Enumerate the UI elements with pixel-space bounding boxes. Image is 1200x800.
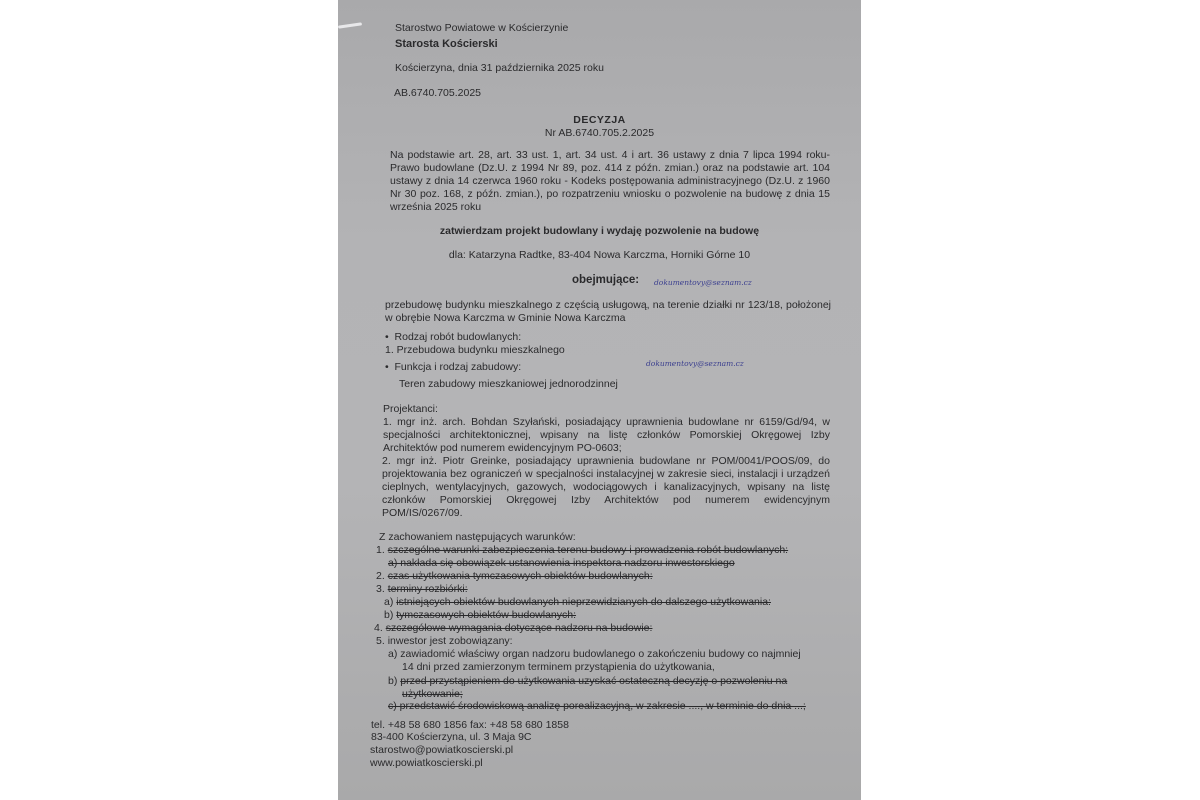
conditions-label: Z zachowaniem następujących warunków: bbox=[379, 531, 576, 544]
case-number: AB.6740.705.2025 bbox=[394, 87, 481, 100]
designers-label: Projektanci: bbox=[383, 403, 438, 416]
condition-number: 3. bbox=[376, 583, 388, 595]
office-name: Starostwo Powiatowe w Kościerzynie bbox=[395, 22, 568, 35]
legal-basis: Na podstawie art. 28, art. 33 ust. 1, ar… bbox=[390, 149, 830, 214]
works-type-text: Rodzaj robót budowlanych: bbox=[395, 331, 522, 343]
designer-1: 1. mgr inż. arch. Bohdan Szyłański, posi… bbox=[383, 416, 830, 455]
condition-number: 4. bbox=[374, 622, 386, 634]
condition-text: szczególne warunki zabezpieczenia terenu… bbox=[388, 544, 788, 556]
condition-item: a) istniejących obiektów budowlanych nie… bbox=[384, 596, 771, 609]
decision-title: DECYZJA bbox=[338, 114, 861, 127]
condition-text: tymczasowych obiektów budowlanych: bbox=[396, 609, 576, 621]
condition-item: a) nakłada się obowiązek ustanowienia in… bbox=[388, 557, 735, 570]
condition-item: 1. szczególne warunki zabezpieczenia ter… bbox=[376, 544, 788, 557]
condition-item: c) przedstawić środowiskową analizę pore… bbox=[388, 700, 806, 713]
condition-text: zawiadomić właściwy organ nadzoru budowl… bbox=[400, 648, 800, 660]
condition-item: 2. czas użytkowania tymczasowych obiektó… bbox=[376, 570, 653, 583]
condition-number: b) bbox=[384, 609, 396, 621]
condition-number: 1. bbox=[376, 544, 388, 556]
condition-item: b) przed przystąpieniem do użytkowania u… bbox=[388, 675, 787, 688]
ruling: zatwierdzam projekt budowlany i wydaję p… bbox=[338, 225, 861, 238]
condition-number: 5. bbox=[376, 635, 388, 647]
watermark-email: dokumentovy@seznam.cz bbox=[654, 278, 752, 287]
condition-item: 5. inwestor jest zobowiązany: bbox=[376, 635, 513, 648]
function-label: • Funkcja i rodzaj zabudowy: bbox=[385, 361, 521, 374]
footer-email: starostwo@powiatkoscierski.pl bbox=[370, 744, 513, 757]
staple bbox=[338, 22, 362, 28]
place-date: Kościerzyna, dnia 31 października 2025 r… bbox=[395, 62, 604, 75]
condition-number: a) bbox=[384, 596, 396, 608]
condition-text: istniejących obiektów budowlanych nieprz… bbox=[396, 596, 771, 608]
condition-number: 2. bbox=[376, 570, 388, 582]
condition-text: czas użytkowania tymczasowych obiektów b… bbox=[388, 570, 653, 582]
condition-item: 3. terminy rozbiórki: bbox=[376, 583, 468, 596]
condition-text-continued: 14 dni przed zamierzonym terminem przyst… bbox=[402, 661, 715, 674]
footer-address: 83-400 Kościerzyna, ul. 3 Maja 9C bbox=[371, 731, 532, 744]
condition-text: a) nakłada się obowiązek ustanowienia in… bbox=[388, 557, 735, 569]
works-type-label: • Rodzaj robót budowlanych: bbox=[385, 331, 521, 344]
covering-label: obejmujące: bbox=[572, 274, 639, 287]
authority-name: Starosta Kościerski bbox=[395, 38, 498, 51]
condition-item: b) tymczasowych obiektów budowlanych: bbox=[384, 609, 576, 622]
condition-text: c) przedstawić środowiskową analizę pore… bbox=[388, 700, 806, 712]
condition-text: przed przystąpieniem do użytkowania uzys… bbox=[400, 675, 787, 687]
function-text: Funkcja i rodzaj zabudowy: bbox=[395, 361, 522, 373]
condition-number: a) bbox=[388, 648, 400, 660]
function-value: Teren zabudowy mieszkaniowej jednorodzin… bbox=[399, 378, 618, 391]
condition-number: b) bbox=[388, 675, 400, 687]
footer-website: www.powiatkoscierski.pl bbox=[370, 757, 483, 770]
condition-item: a) zawiadomić właściwy organ nadzoru bud… bbox=[388, 648, 801, 661]
document-page: Starostwo Powiatowe w Kościerzynie Staro… bbox=[338, 0, 861, 800]
condition-text: inwestor jest zobowiązany: bbox=[388, 635, 513, 647]
condition-text: szczegółowe wymagania dotyczące nadzoru … bbox=[386, 622, 653, 634]
condition-text: terminy rozbiórki: bbox=[388, 583, 468, 595]
scope: przebudowę budynku mieszkalnego z części… bbox=[385, 299, 831, 325]
applicant: dla: Katarzyna Radtke, 83-404 Nowa Karcz… bbox=[338, 249, 861, 262]
designer-2: 2. mgr inż. Piotr Greinke, posiadający u… bbox=[382, 455, 830, 520]
works-type-item: 1. Przebudowa budynku mieszkalnego bbox=[385, 344, 565, 357]
condition-item: 4. szczegółowe wymagania dotyczące nadzo… bbox=[374, 622, 652, 635]
decision-number: Nr AB.6740.705.2.2025 bbox=[338, 127, 861, 140]
watermark-email: dokumentovy@seznam.cz bbox=[646, 359, 744, 368]
